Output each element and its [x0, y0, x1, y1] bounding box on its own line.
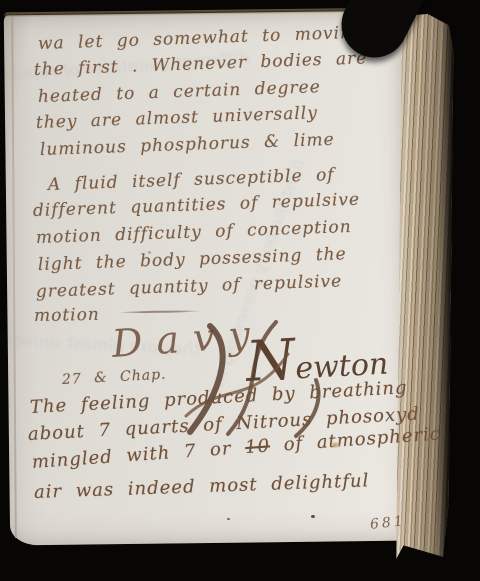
stain: [148, 251, 151, 254]
photo-background: different quantities of repulsive light …: [0, 0, 480, 581]
stain: [311, 515, 315, 518]
stain: [331, 442, 340, 448]
stain: [227, 518, 230, 520]
struck-word: 10: [244, 435, 270, 458]
manuscript-word: motion: [34, 305, 100, 326]
ink-dash: [120, 310, 200, 313]
book-fore-edge-shadow: [396, 14, 454, 563]
